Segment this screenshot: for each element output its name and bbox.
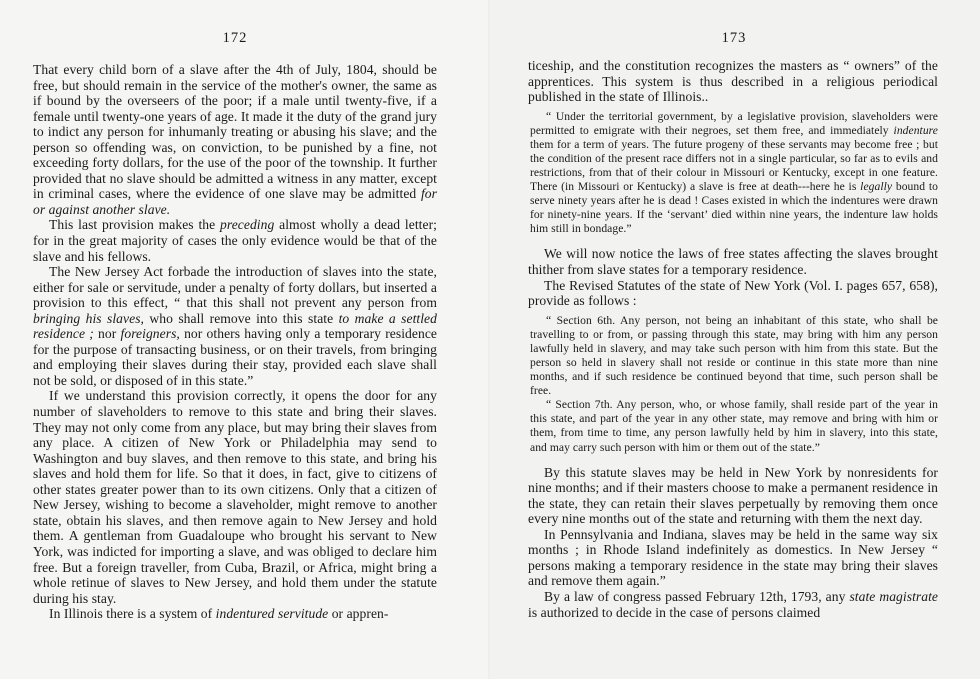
page-number: 172 — [215, 30, 255, 47]
italic-text: legally — [860, 180, 892, 193]
paragraph: That every child born of a slave after t… — [33, 62, 437, 217]
paragraph: ticeship, and the constitution recognize… — [528, 58, 938, 105]
book-spread: 172 That every child born of a slave aft… — [0, 0, 980, 679]
paragraph: In Pennsylvania and Indiana, slaves may … — [528, 527, 938, 589]
italic-text: for or against another slave. — [33, 186, 437, 217]
block-quote: “ Section 6th. Any person, not being an … — [528, 314, 938, 399]
italic-text: state magistrate — [849, 589, 938, 604]
right-page-text: ticeship, and the constitution recognize… — [528, 58, 938, 620]
paragraph: By a law of congress passed February 12t… — [528, 589, 938, 620]
left-page: 172 That every child born of a slave aft… — [0, 0, 490, 679]
italic-text: preceding — [220, 217, 274, 232]
paragraph: The Revised Statutes of the state of New… — [528, 278, 938, 309]
paragraph: We will now notice the laws of free stat… — [528, 246, 938, 277]
paragraph: In Illinois there is a system of indentu… — [33, 606, 437, 622]
paragraph: By this statute slaves may be held in Ne… — [528, 465, 938, 527]
paragraph: If we understand this provision correctl… — [33, 388, 437, 606]
left-page-text: That every child born of a slave after t… — [33, 62, 437, 622]
paragraph: The New Jersey Act forbade the introduct… — [33, 264, 437, 388]
italic-text: foreigners, — [121, 326, 180, 341]
block-quote: “ Section 7th. Any person, who, or whose… — [528, 398, 938, 454]
right-page: 173 ticeship, and the constitution recog… — [490, 0, 980, 679]
italic-text: indenture — [894, 124, 938, 137]
page-number: 173 — [714, 30, 754, 47]
block-quote: “ Under the territorial government, by a… — [528, 110, 938, 237]
paragraph: This last provision makes the preceding … — [33, 217, 437, 264]
italic-text: indentured servitude — [216, 606, 329, 621]
italic-text: bringing his slaves, — [33, 311, 144, 326]
